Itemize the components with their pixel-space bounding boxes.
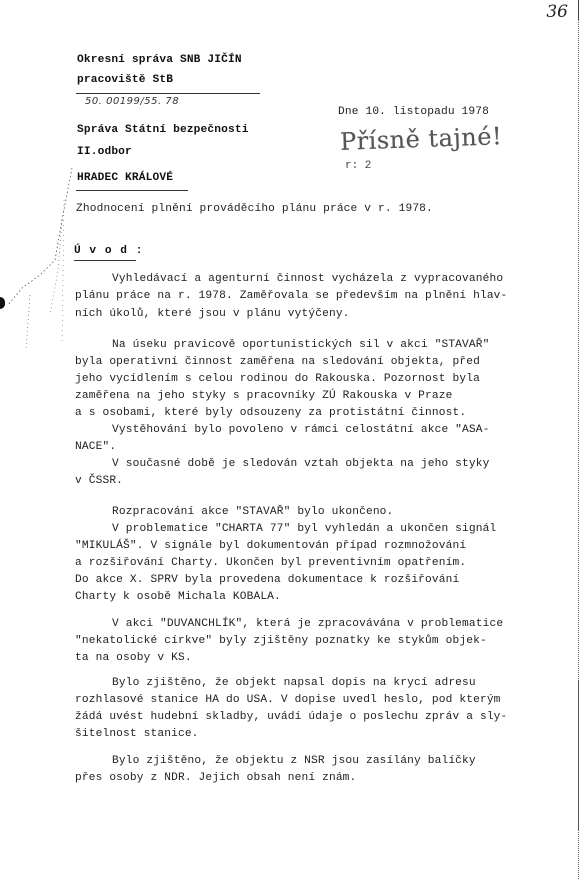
- handwritten-page-number: 36: [546, 2, 568, 22]
- body-line: NACE".: [75, 440, 116, 454]
- recipient-line-2: II.odbor: [77, 145, 132, 159]
- body-line: V problematice "CHARTA 77" byl vyhledán …: [112, 522, 496, 536]
- body-line: Bylo zjištěno, že objekt napsal dopis na…: [112, 676, 476, 690]
- recipient-line-1: Správa Státní bezpečnosti: [77, 123, 249, 137]
- document-page: 36 Okresní správa SNB JIČÍN pracoviště S…: [0, 0, 588, 879]
- body-line: žádá uvést hudební skladby, uvádí údaje …: [75, 710, 507, 724]
- sender-underline: [76, 93, 260, 94]
- body-line: rozhlasové stanice HA do USA. V dopise u…: [75, 693, 501, 707]
- recipient-line-3: HRADEC KRÁLOVÉ: [77, 171, 173, 185]
- body-line: plánu práce na r. 1978. Zaměřovala se př…: [75, 289, 507, 303]
- body-line: byla operativní činnost zaměřena na sled…: [75, 355, 480, 369]
- body-line: Na úseku pravicově oportunistických sil …: [112, 338, 490, 352]
- body-line: Vystěhování bylo povoleno v rámci celost…: [112, 423, 490, 437]
- body-line: jeho vycídlením s celou rodinou do Rakou…: [75, 372, 480, 386]
- section-heading: Ú v o d :: [74, 244, 143, 258]
- body-line: přes osoby z NDR. Jejich obsah není znám…: [75, 771, 356, 785]
- page-edge-line-top: [578, 0, 579, 20]
- body-line: "nekatolické církve" byly zjištěny pozna…: [75, 634, 487, 648]
- margin-pencil-marks: [0, 160, 80, 360]
- stamp-mark: r: 2: [345, 160, 371, 172]
- body-line: Vyhledávací a agenturní činnost vycházel…: [112, 272, 503, 286]
- body-line: V současné době je sledován vztah objekt…: [112, 457, 490, 471]
- classification-stamp: Přísně tajné!: [340, 122, 503, 156]
- body-line: ta na osoby v KS.: [75, 651, 192, 665]
- body-line: šitelnost stanice.: [75, 727, 199, 741]
- body-line: V akci "DUVANCHLÍK", která je zpracovává…: [112, 617, 503, 631]
- body-line: Do akce X. SPRV byla provedena dokumenta…: [75, 573, 459, 587]
- recipient-underline: [76, 190, 188, 191]
- body-line: Rozpracování akce "STAVAŘ" bylo ukončeno…: [112, 505, 393, 519]
- document-subject: Zhodnocení plnění prováděcího plánu prác…: [76, 202, 433, 216]
- body-line: zaměřena na jeho styky s pracovníky ZÚ R…: [75, 389, 453, 403]
- page-edge-line-bottom: [578, 680, 579, 830]
- body-line: "MIKULÁŠ". V signále byl dokumentován př…: [75, 539, 466, 553]
- sender-line-2: pracoviště StB: [77, 73, 173, 87]
- body-line: a rozšiřování Charty. Ukončen byl preven…: [75, 556, 466, 570]
- body-line: Bylo zjištěno, že objektu z NSR jsou zas…: [112, 754, 476, 768]
- document-date: Dne 10. listopadu 1978: [338, 105, 489, 119]
- section-heading-underline: [74, 260, 136, 261]
- body-line: ních úkolů, které jsou v plánu vytýčeny.: [75, 307, 350, 321]
- body-line: Charty k osobě Michala KOBALA.: [75, 590, 281, 604]
- body-line: v ČSSR.: [75, 474, 123, 488]
- body-line: a s osobami, které byly odsouzeny za pro…: [75, 406, 466, 420]
- reference-number: 50. 00199/55. 78: [85, 96, 179, 107]
- sender-line-1: Okresní správa SNB JIČÍN: [77, 53, 242, 67]
